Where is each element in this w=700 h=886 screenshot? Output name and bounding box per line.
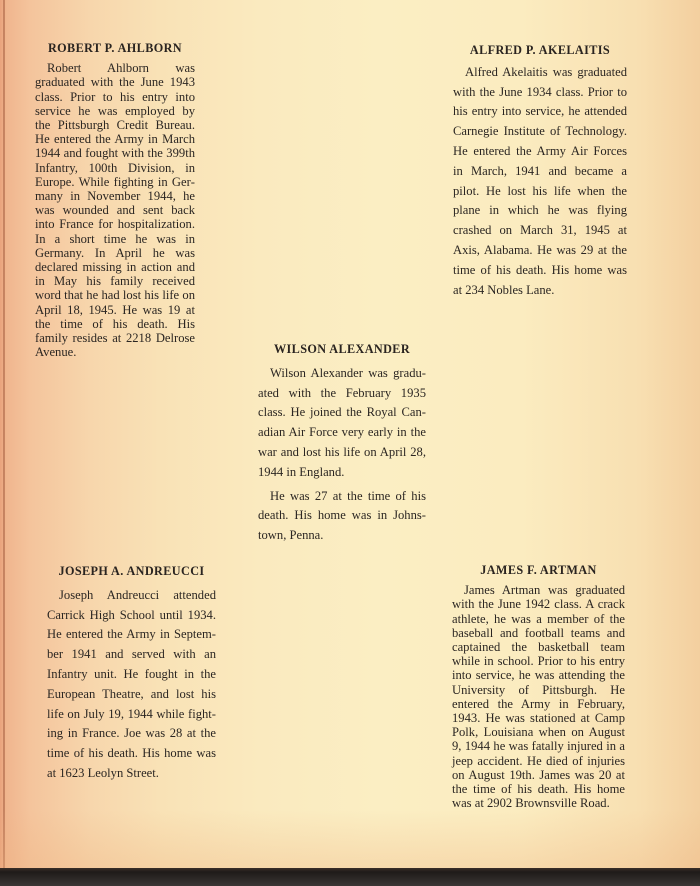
entry-biography: Wilson Alexander was gradu­ated with the… xyxy=(258,364,426,483)
entry-biography-continued: He was 27 at the time of his death. His … xyxy=(258,487,426,546)
entry-name: ROBERT P. AHLBORN xyxy=(35,41,195,55)
entry-biography: James Artman was graduated with the June… xyxy=(452,583,625,810)
entry-name: JOSEPH A. ANDREUCCI xyxy=(47,562,216,582)
entry-alfred-akelaitis: ALFRED P. AKELAITIS Alfred Akelaitis was… xyxy=(453,41,627,300)
entry-name: JAMES F. ARTMAN xyxy=(452,563,625,577)
entry-robert-ahlborn: ROBERT P. AHLBORN Robert Ahlborn was gra… xyxy=(35,41,195,359)
entry-biography: Alfred Akelaitis was graduated with the … xyxy=(453,63,627,301)
entry-name: ALFRED P. AKELAITIS xyxy=(453,41,627,61)
entry-james-artman: JAMES F. ARTMAN James Artman was graduat… xyxy=(452,563,625,810)
entry-name: WILSON ALEXANDER xyxy=(258,340,426,360)
entry-wilson-alexander: WILSON ALEXANDER Wilson Alexander was gr… xyxy=(258,340,426,546)
entry-biography: Robert Ahlborn was graduated with the Ju… xyxy=(35,61,195,359)
entry-biography: Joseph Andreucci attended Carrick High S… xyxy=(47,586,216,784)
scanner-edge xyxy=(0,868,700,886)
memorial-page: ROBERT P. AHLBORN Robert Ahlborn was gra… xyxy=(0,0,700,870)
entry-joseph-andreucci: JOSEPH A. ANDREUCCI Joseph Andreucci att… xyxy=(47,562,216,784)
